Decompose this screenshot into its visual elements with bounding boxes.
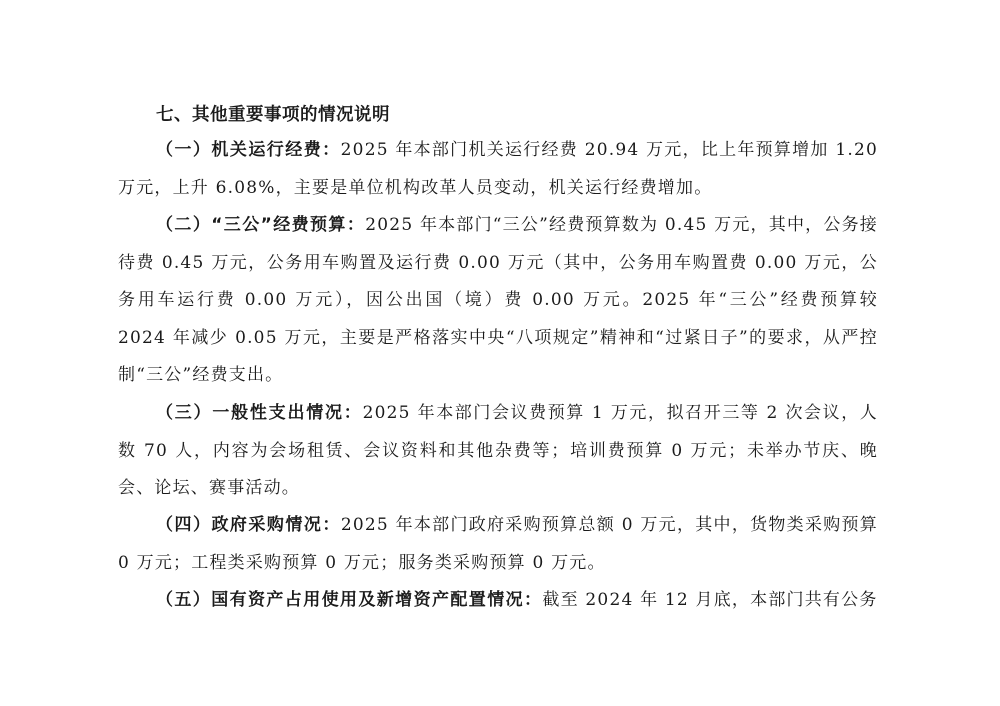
section-title: 七、其他重要事项的情况说明 <box>156 98 390 132</box>
paragraph-heading: （二）“三公”经费预算： <box>156 215 365 235</box>
paragraph-government-procurement: （四）政府采购情况：2025 年本部门政府采购预算总额 0 万元，其中，货物类采… <box>118 507 878 582</box>
paragraph-operating-expenses: （一）机关运行经费：2025 年本部门机关运行经费 20.94 万元，比上年预算… <box>118 132 878 207</box>
paragraph-heading: （三）一般性支出情况： <box>156 403 363 423</box>
paragraph-body: 2025 年本部门“三公”经费预算数为 0.45 万元，其中，公务接待费 0.4… <box>118 215 878 385</box>
paragraph-body: 截至 2024 年 12 月底，本部门共有公务 <box>542 590 877 610</box>
paragraph-state-assets: （五）国有资产占用使用及新增资产配置情况：截至 2024 年 12 月底，本部门… <box>118 582 878 620</box>
paragraph-heading: （五）国有资产占用使用及新增资产配置情况： <box>156 590 542 610</box>
paragraph-heading: （一）机关运行经费： <box>156 140 341 160</box>
paragraph-three-public-expenses: （二）“三公”经费预算：2025 年本部门“三公”经费预算数为 0.45 万元，… <box>118 207 878 395</box>
paragraph-general-expenditure: （三）一般性支出情况：2025 年本部门会议费预算 1 万元，拟召开三等 2 次… <box>118 395 878 508</box>
paragraph-heading: （四）政府采购情况： <box>156 515 341 535</box>
